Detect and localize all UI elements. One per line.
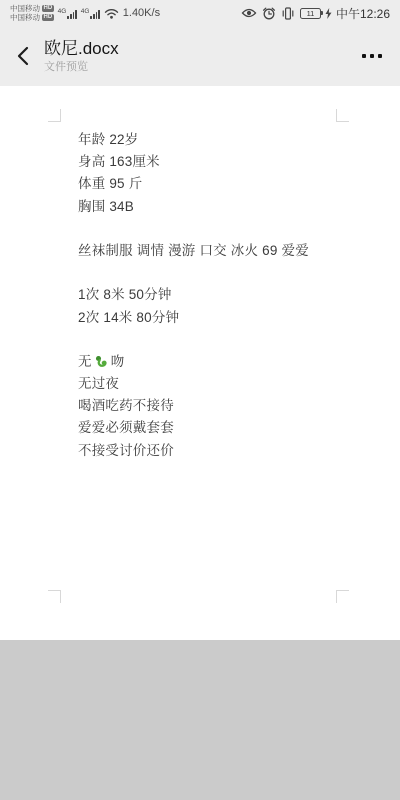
- more-dot: [370, 54, 374, 58]
- page-margin-mark-top-right: [336, 109, 349, 122]
- hd-badge-1: HD: [42, 5, 54, 12]
- doc-line: 胸围 34B: [78, 196, 360, 218]
- doc-line: 爱爱必须戴套套: [78, 417, 360, 439]
- doc-line: 丝袜制服 调情 漫游 口交 冰火 69 爱爱: [78, 240, 360, 262]
- status-right: 11 中午12:26: [236, 5, 390, 22]
- back-chevron-icon: [16, 45, 30, 67]
- network-type-label-1: 4G: [58, 8, 67, 15]
- doc-line: [78, 329, 360, 351]
- doc-line: 无 吻: [78, 351, 360, 373]
- carrier-block: 中国移动 HD 中国移动 HD: [10, 4, 54, 22]
- signal-bars-icon: [90, 9, 100, 19]
- doc-line: 无过夜: [78, 373, 360, 395]
- file-subtitle: 文件预览: [44, 61, 356, 74]
- sim1-signal-icon: 4G: [58, 8, 78, 19]
- doc-text: 年龄 22岁身高 163厘米体重 95 斤胸围 34B 丝袜制服 调情 漫游 口…: [78, 129, 360, 462]
- carrier-row-2: 中国移动 HD: [10, 13, 54, 22]
- doc-line: 身高 163厘米: [78, 151, 360, 173]
- file-title: 欧尼.docx: [44, 39, 356, 59]
- status-bar: 中国移动 HD 中国移动 HD 4G 4G 1.40K: [0, 0, 400, 26]
- phone-screen: 中国移动 HD 中国移动 HD 4G 4G 1.40K: [0, 0, 400, 800]
- wifi-icon: [104, 8, 119, 19]
- carrier-row-1: 中国移动 HD: [10, 4, 54, 13]
- doc-line: 不接受讨价还价: [78, 440, 360, 462]
- page-margin-mark-bottom-right: [336, 590, 349, 603]
- battery-percent: 11: [307, 9, 315, 18]
- network-speed: 1.40K/s: [123, 7, 160, 19]
- file-preview-header: 欧尼.docx 文件预览: [0, 26, 400, 86]
- carrier-name-1: 中国移动: [10, 4, 40, 13]
- alarm-icon: [262, 6, 276, 20]
- doc-line: 喝酒吃药不接待: [78, 395, 360, 417]
- vibrate-icon: [281, 7, 295, 20]
- page-margin-mark-top-left: [48, 109, 61, 122]
- page-end-area: [0, 640, 400, 800]
- more-button[interactable]: [356, 48, 384, 64]
- charging-bolt-icon: [325, 8, 332, 19]
- carrier-name-2: 中国移动: [10, 13, 40, 22]
- eye-comfort-icon: [241, 7, 257, 19]
- doc-line: [78, 218, 360, 240]
- snake-emoji: [94, 354, 109, 369]
- signal-bars-icon: [67, 9, 77, 19]
- more-dot: [378, 54, 382, 58]
- doc-line: 年龄 22岁: [78, 129, 360, 151]
- clock-time: 中午12:26: [336, 5, 390, 22]
- doc-line: [78, 262, 360, 284]
- document-page[interactable]: 年龄 22岁身高 163厘米体重 95 斤胸围 34B 丝袜制服 调情 漫游 口…: [0, 86, 400, 640]
- sim2-signal-icon: 4G: [81, 8, 101, 19]
- battery-icon: 11: [300, 8, 321, 19]
- doc-line: 2次 14米 80分钟: [78, 307, 360, 329]
- doc-line: 体重 95 斤: [78, 173, 360, 195]
- more-dot: [362, 54, 366, 58]
- doc-line: 1次 8米 50分钟: [78, 284, 360, 306]
- page-margin-mark-bottom-left: [48, 590, 61, 603]
- back-button[interactable]: [10, 41, 36, 71]
- network-type-label-2: 4G: [81, 8, 90, 15]
- status-left: 中国移动 HD 中国移动 HD 4G 4G 1.40K: [10, 4, 160, 22]
- title-block: 欧尼.docx 文件预览: [44, 39, 356, 74]
- hd-badge-2: HD: [42, 14, 54, 21]
